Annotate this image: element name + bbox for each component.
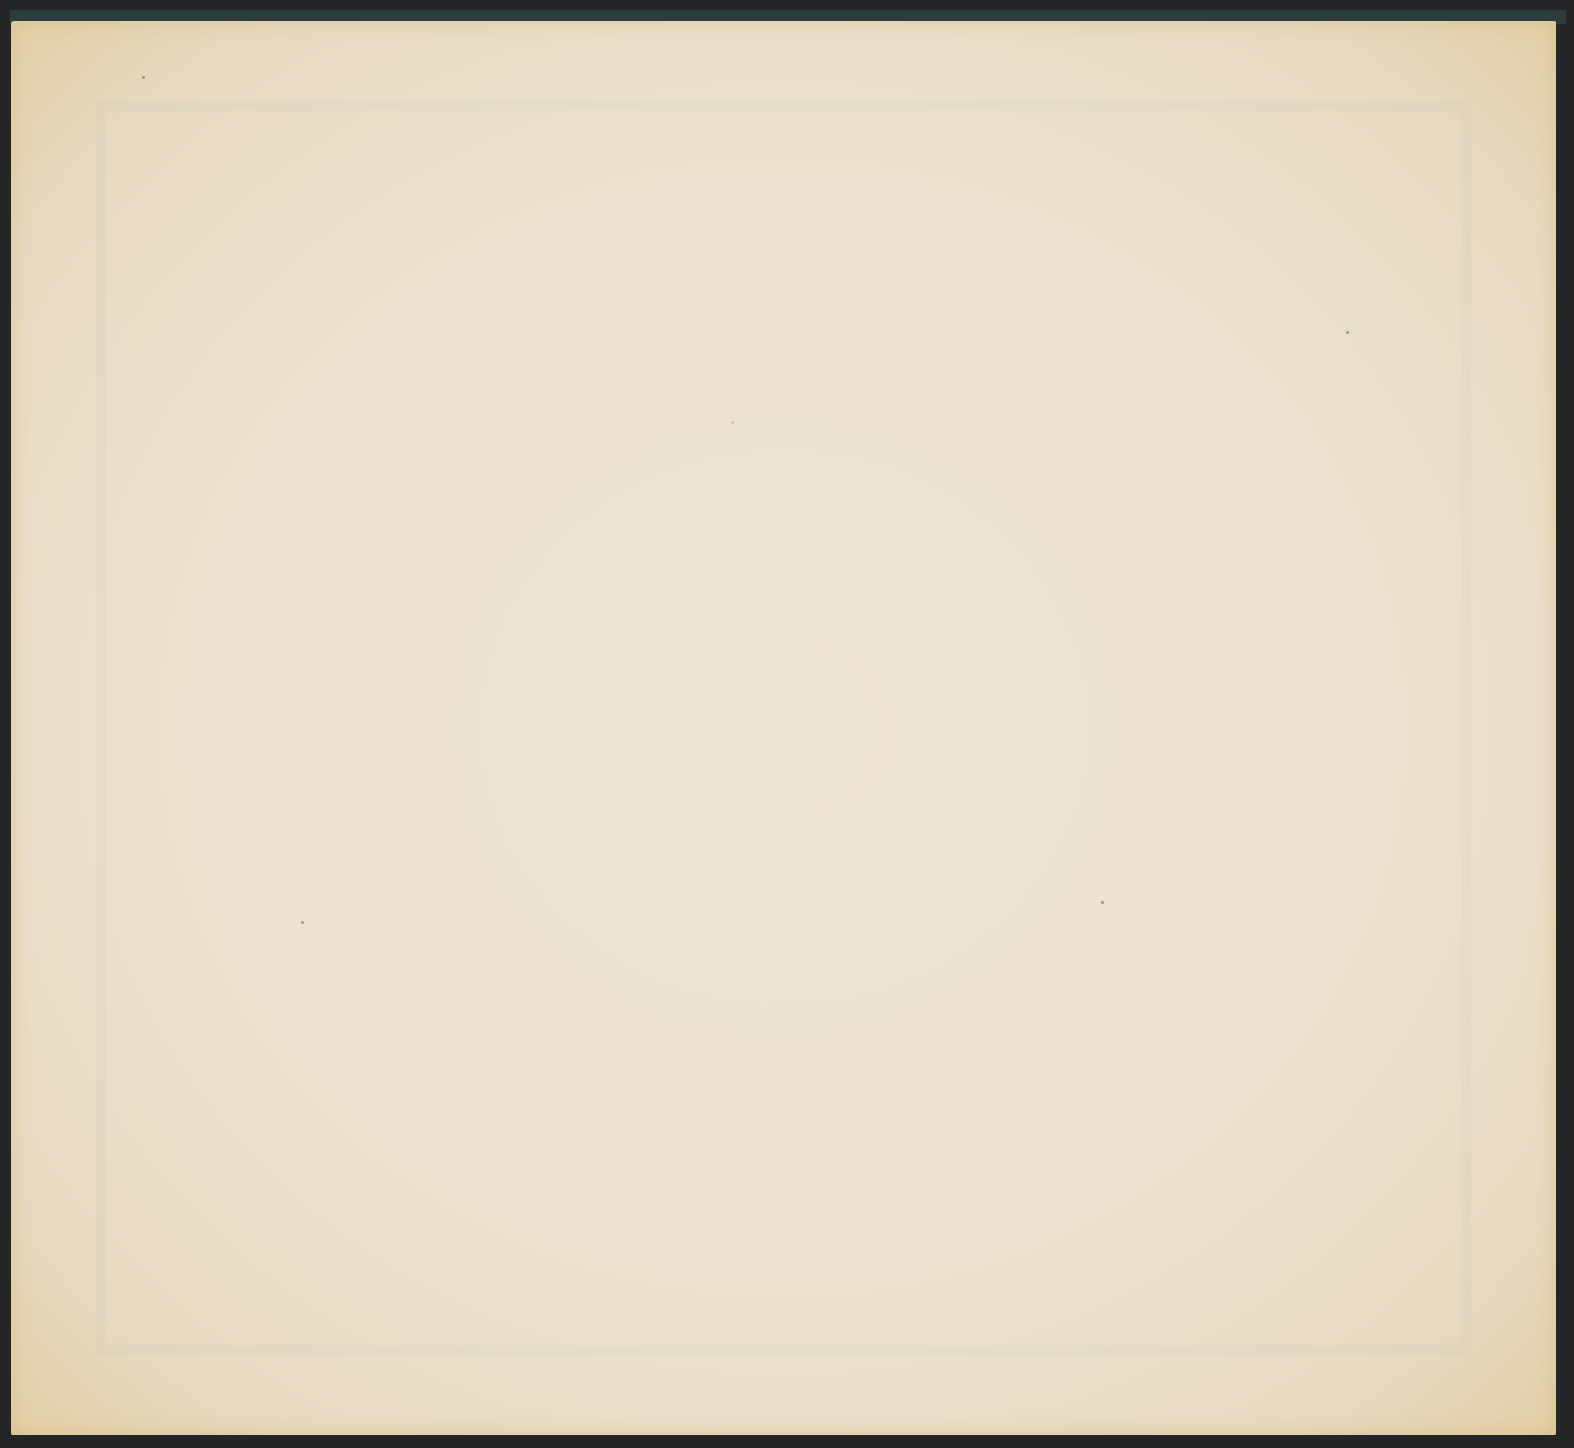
paper-speck <box>1101 901 1104 904</box>
paper-speck <box>731 421 734 424</box>
paper-sheet <box>11 21 1556 1435</box>
paper-speck <box>1346 331 1349 334</box>
paper-speck <box>142 76 145 79</box>
bleed-through-border <box>96 101 1471 1355</box>
paper-speck <box>301 921 304 924</box>
